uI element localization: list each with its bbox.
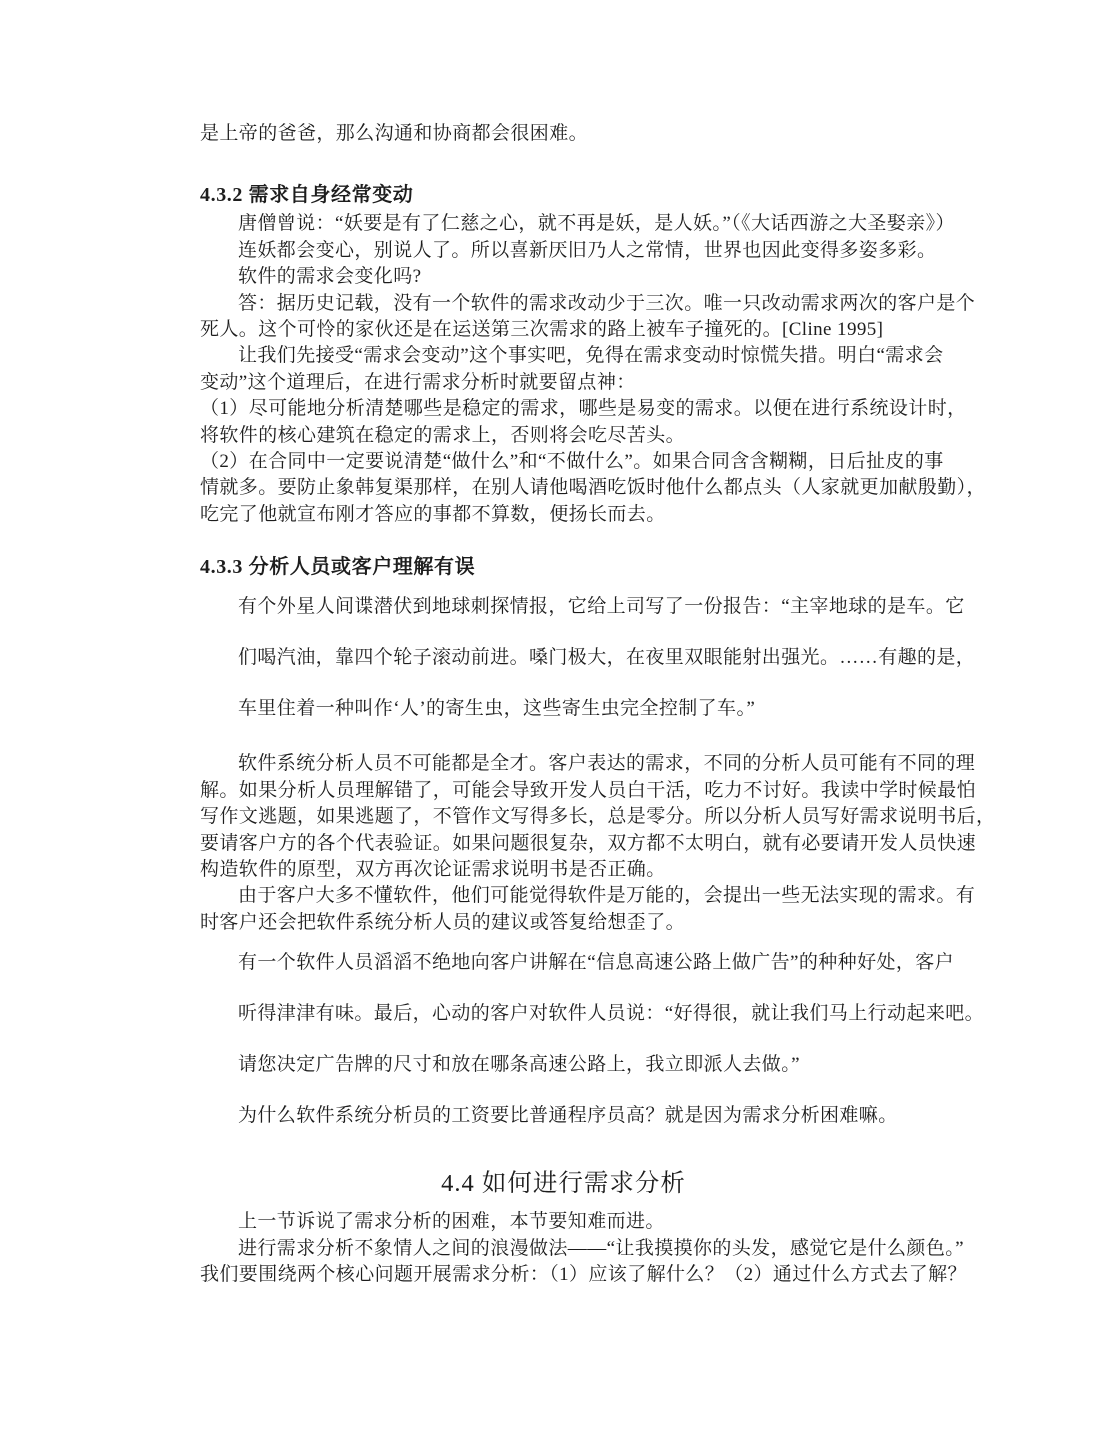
salesman-story: 有一个软件人员滔滔不绝地向客户讲解在“信息高速公路上做广告”的种种好处，客户听得… — [200, 937, 927, 1141]
document-page: 是上帝的爸爸，那么沟通和协商都会很困难。 4.3.2 需求自身经常变动 唐僧曾说… — [0, 0, 1113, 1440]
text-line: 答：据历史记载，没有一个软件的需求改动少于三次。唯一只改动需求两次的客户是个 — [200, 291, 927, 317]
text-line: 唐僧曾说：“妖要是有了仁慈之心，就不再是妖，是人妖。”（《大话西游之大圣娶亲》） — [200, 211, 927, 237]
text-line: 上一节诉说了需求分析的困难，本节要知难而进。 — [200, 1209, 927, 1235]
text-line: 由于客户大多不懂软件，他们可能觉得软件是万能的，会提出一些无法实现的需求。有 — [200, 883, 927, 909]
text-line: 软件的需求会变化吗? — [200, 264, 927, 290]
text-line: 写作文逃题，如果逃题了，不管作文写得多长，总是零分。所以分析人员写好需求说明书后… — [200, 804, 927, 830]
section-4-3-2-body: 唐僧曾说：“妖要是有了仁慈之心，就不再是妖，是人妖。”（《大话西游之大圣娶亲》）… — [200, 211, 927, 528]
text-line: 我们要围绕两个核心问题开展需求分析：（1）应该了解什么？（2）通过什么方式去了解… — [200, 1262, 927, 1288]
text-line: 连妖都会变心，别说人了。所以喜新厌旧乃人之常情，世界也因此变得多姿多彩。 — [200, 238, 927, 264]
text-column: 是上帝的爸爸，那么沟通和协商都会很困难。 4.3.2 需求自身经常变动 唐僧曾说… — [200, 121, 927, 1288]
text-line: 让我们先接受“需求会变动”这个事实吧，免得在需求变动时惊慌失措。明白“需求会 — [200, 343, 927, 369]
text-line: 们喝汽油，靠四个轮子滚动前进。嗓门极大，在夜里双眼能射出强光。……有趣的是， — [200, 632, 927, 683]
text-line: 车里住着一种叫作‘人’的寄生虫，这些寄生虫完全控制了车。” — [200, 683, 927, 734]
text-line: 解。如果分析人员理解错了，可能会导致开发人员白干活，吃力不讨好。我读中学时候最怕 — [200, 778, 927, 804]
text-line: 情就多。要防止象韩复渠那样，在别人请他喝酒吃饭时他什么都点头（人家就更加献殷勤）… — [200, 475, 927, 501]
text-line: 请您决定广告牌的尺寸和放在哪条高速公路上，我立即派人去做。” — [200, 1039, 927, 1090]
section-heading-4-4: 4.4 如何进行需求分析 — [200, 1169, 927, 1199]
text-line: （1）尽可能地分析清楚哪些是稳定的需求，哪些是易变的需求。以便在进行系统设计时， — [200, 396, 927, 422]
text-line: 软件系统分析人员不可能都是全才。客户表达的需求，不同的分析人员可能有不同的理 — [200, 751, 927, 777]
text-line: 变动”这个道理后，在进行需求分析时就要留点神： — [200, 370, 927, 396]
text-line: 有一个软件人员滔滔不绝地向客户讲解在“信息高速公路上做广告”的种种好处，客户 — [200, 937, 927, 988]
text-line: 死人。这个可怜的家伙还是在运送第三次需求的路上被车子撞死的。[Cline 199… — [200, 317, 927, 343]
text-line: 要请客户方的各个代表验证。如果问题很复杂，双方都不太明白，就有必要请开发人员快速 — [200, 831, 927, 857]
text-line: 吃完了他就宣布刚才答应的事都不算数，便扬长而去。 — [200, 502, 927, 528]
section-heading-4-3-2: 4.3.2 需求自身经常变动 — [200, 182, 927, 208]
section-4-4-body: 上一节诉说了需求分析的困难，本节要知难而进。进行需求分析不象情人之间的浪漫做法—… — [200, 1209, 927, 1288]
text-line: 听得津津有味。最后，心动的客户对软件人员说：“好得很，就让我们马上行动起来吧。 — [200, 988, 927, 1039]
paragraph-line: 是上帝的爸爸，那么沟通和协商都会很困难。 — [200, 121, 927, 147]
text-line: 进行需求分析不象情人之间的浪漫做法——“让我摸摸你的头发，感觉它是什么颜色。” — [200, 1236, 927, 1262]
text-line: （2）在合同中一定要说清楚“做什么”和“不做什么”。如果合同含含糊糊，日后扯皮的… — [200, 449, 927, 475]
section-heading-4-3-3: 4.3.3 分析人员或客户理解有误 — [200, 554, 927, 580]
text-line: 时客户还会把软件系统分析人员的建议或答复给想歪了。 — [200, 910, 927, 936]
text-line: 有个外星人间谍潜伏到地球刺探情报，它给上司写了一份报告：“主宰地球的是车。它 — [200, 581, 927, 632]
text-line: 将软件的核心建筑在稳定的需求上，否则将会吃尽苦头。 — [200, 423, 927, 449]
section-4-3-3-body: 软件系统分析人员不可能都是全才。客户表达的需求，不同的分析人员可能有不同的理解。… — [200, 751, 927, 936]
alien-spy-quote: 有个外星人间谍潜伏到地球刺探情报，它给上司写了一份报告：“主宰地球的是车。它们喝… — [200, 581, 927, 734]
text-line: 为什么软件系统分析员的工资要比普通程序员高？就是因为需求分析困难嘛。 — [200, 1090, 927, 1141]
text-line: 构造软件的原型，双方再次论证需求说明书是否正确。 — [200, 857, 927, 883]
